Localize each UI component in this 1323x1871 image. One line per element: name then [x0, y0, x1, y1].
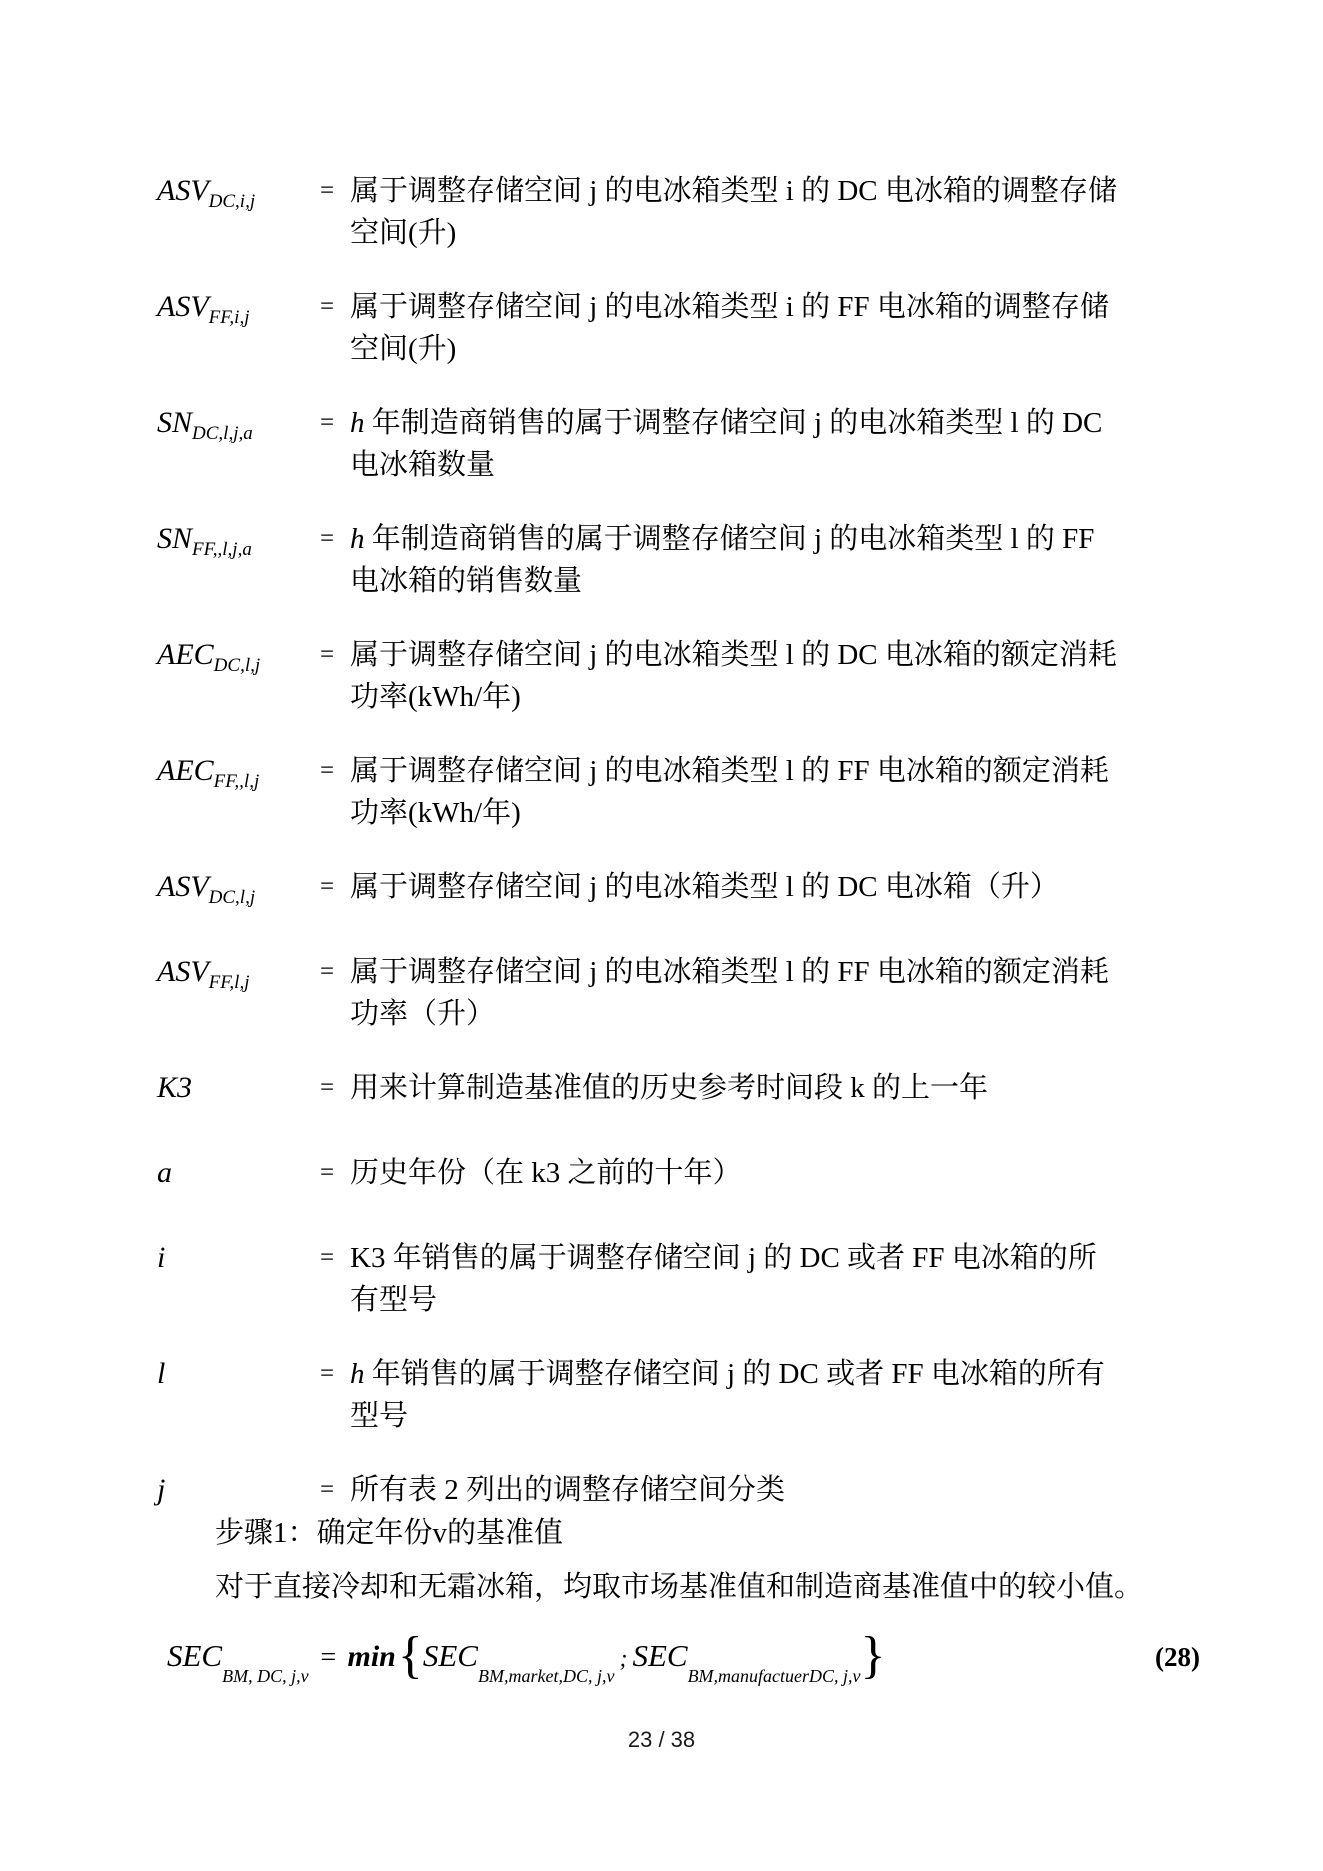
definition-row: ASVFF,i,j = 属于调整存储空间 j 的电冰箱类型 i 的 FF 电冰箱…	[157, 286, 1168, 370]
term-description: 属于调整存储空间 j 的电冰箱类型 i 的 DC 电冰箱的调整存储空间(升)	[350, 170, 1168, 254]
term-symbol-main: SN	[157, 522, 192, 555]
term-symbol-subscript: DC,l,j,a	[192, 423, 253, 444]
definition-row: ASVDC,i,j = 属于调整存储空间 j 的电冰箱类型 i 的 DC 电冰箱…	[157, 170, 1168, 254]
equals-sign: =	[320, 1353, 350, 1437]
equals-sign: =	[320, 286, 350, 370]
term-symbol-subscript: FF,,l,j	[214, 771, 260, 792]
term-symbol: i	[157, 1237, 320, 1321]
term-symbol-main: ASV	[157, 870, 209, 903]
term-symbol-subscript: DC,l,j	[214, 655, 260, 676]
term-description: 属于调整存储空间 j 的电冰箱类型 l 的 DC 电冰箱（升）	[350, 866, 1168, 919]
term-symbol: SNFF,,l,j,a	[157, 518, 320, 602]
term-symbol: ASVDC,i,j	[157, 170, 320, 254]
definition-row: l = h 年销售的属于调整存储空间 j 的 DC 或者 FF 电冰箱的所有型号	[157, 1353, 1168, 1437]
definition-row: K3 = 用来计算制造基准值的历史参考时间段 k 的上一年	[157, 1067, 1168, 1120]
term-symbol: ASVFF,i,j	[157, 286, 320, 370]
term-symbol-main: AEC	[157, 754, 214, 787]
term-description: 用来计算制造基准值的历史参考时间段 k 的上一年	[350, 1067, 1168, 1120]
term-symbol-subscript: FF,,l,j,a	[192, 539, 252, 560]
term-description: K3 年销售的属于调整存储空间 j 的 DC 或者 FF 电冰箱的所有型号	[350, 1237, 1168, 1321]
term-symbol-main: i	[157, 1241, 165, 1274]
definition-row: SNDC,l,j,a = h 年制造商销售的属于调整存储空间 j 的电冰箱类型 …	[157, 402, 1168, 486]
equation-row: SECBM, DC, j,v = min { SECBM,market,DC, …	[167, 1638, 1227, 1698]
definition-row: a = 历史年份（在 k3 之前的十年）	[157, 1152, 1168, 1205]
term-symbol-main: SN	[157, 406, 192, 439]
term-symbol-main: ASV	[157, 290, 209, 323]
equation-lhs-subscript: BM, DC, j,v	[222, 1666, 308, 1686]
document-page: ASVDC,i,j = 属于调整存储空间 j 的电冰箱类型 i 的 DC 电冰箱…	[0, 0, 1323, 1871]
term-symbol-main: a	[157, 1156, 172, 1189]
equation-28: SECBM, DC, j,v = min { SECBM,market,DC, …	[167, 1638, 886, 1679]
step-heading: 步骤1：确定年份v的基准值	[215, 1512, 563, 1554]
term-symbol-main: j	[157, 1473, 165, 1506]
term-symbol-subscript: DC,i,j	[209, 191, 255, 212]
term-description: h 年销售的属于调整存储空间 j 的 DC 或者 FF 电冰箱的所有型号	[350, 1353, 1168, 1437]
term-description: 属于调整存储空间 j 的电冰箱类型 l 的 FF 电冰箱的额定消耗功率（升）	[350, 951, 1168, 1035]
equation-lhs-main: SEC	[167, 1638, 222, 1673]
equals-sign: =	[320, 518, 350, 602]
equation-arg2-main: SEC	[632, 1638, 687, 1673]
equation-min-function: min	[348, 1640, 396, 1674]
equals-sign: =	[320, 634, 350, 718]
definition-row: SNFF,,l,j,a = h 年制造商销售的属于调整存储空间 j 的电冰箱类型…	[157, 518, 1168, 602]
term-symbol: K3	[157, 1067, 320, 1120]
body-paragraph: 对于直接冷却和无霜冰箱，均取市场基准值和制造商基准值中的较小值。	[215, 1566, 1143, 1608]
term-symbol: SNDC,l,j,a	[157, 402, 320, 486]
equals-sign: =	[320, 1237, 350, 1321]
term-description: 属于调整存储空间 j 的电冰箱类型 i 的 FF 电冰箱的调整存储空间(升)	[350, 286, 1168, 370]
term-symbol: ASVFF,l,j	[157, 951, 320, 1035]
term-symbol-main: AEC	[157, 638, 214, 671]
equation-arg1: SECBM,market,DC, j,v	[423, 1638, 615, 1679]
equals-sign: =	[320, 951, 350, 1035]
equals-sign: =	[320, 170, 350, 254]
term-symbol-subscript: FF,i,j	[209, 307, 250, 328]
definition-list: ASVDC,i,j = 属于调整存储空间 j 的电冰箱类型 i 的 DC 电冰箱…	[157, 170, 1168, 1554]
equation-arg2: SECBM,manufactuerDC, j,v	[632, 1638, 860, 1679]
definition-row: ASVDC,l,j = 属于调整存储空间 j 的电冰箱类型 l 的 DC 电冰箱…	[157, 866, 1168, 919]
term-description: 属于调整存储空间 j 的电冰箱类型 l 的 DC 电冰箱的额定消耗功率(kWh/…	[350, 634, 1168, 718]
term-symbol-subscript: DC,l,j	[209, 887, 255, 908]
term-description: h 年制造商销售的属于调整存储空间 j 的电冰箱类型 l 的 FF电冰箱的销售数…	[350, 518, 1168, 602]
term-symbol-main: ASV	[157, 174, 209, 207]
term-symbol-main: ASV	[157, 955, 209, 988]
equals-sign: =	[320, 750, 350, 834]
definition-row: i = K3 年销售的属于调整存储空间 j 的 DC 或者 FF 电冰箱的所有型…	[157, 1237, 1168, 1321]
equals-sign: =	[320, 402, 350, 486]
term-symbol: l	[157, 1353, 320, 1437]
equation-arg2-subscript: BM,manufactuerDC, j,v	[688, 1666, 861, 1686]
equation-lhs: SECBM, DC, j,v	[167, 1638, 309, 1679]
term-symbol: AECFF,,l,j	[157, 750, 320, 834]
page-number: 23 / 38	[0, 1727, 1323, 1753]
term-symbol-main: K3	[157, 1071, 192, 1104]
term-symbol: a	[157, 1152, 320, 1205]
term-symbol: AECDC,l,j	[157, 634, 320, 718]
term-description: 属于调整存储空间 j 的电冰箱类型 l 的 FF 电冰箱的额定消耗功率(kWh/…	[350, 750, 1168, 834]
term-symbol-subscript: FF,l,j	[209, 972, 250, 993]
equation-separator: ;	[619, 1646, 627, 1673]
equation-number: (28)	[1155, 1642, 1200, 1673]
term-symbol: ASVDC,l,j	[157, 866, 320, 919]
definition-row: AECFF,,l,j = 属于调整存储空间 j 的电冰箱类型 l 的 FF 电冰…	[157, 750, 1168, 834]
term-description: 历史年份（在 k3 之前的十年）	[350, 1152, 1168, 1205]
equation-equals: =	[319, 1642, 338, 1674]
equals-sign: =	[320, 1067, 350, 1120]
definition-row: AECDC,l,j = 属于调整存储空间 j 的电冰箱类型 l 的 DC 电冰箱…	[157, 634, 1168, 718]
equation-arg1-main: SEC	[423, 1638, 478, 1673]
equation-arg1-subscript: BM,market,DC, j,v	[478, 1666, 614, 1686]
equals-sign: =	[320, 1152, 350, 1205]
term-symbol-main: l	[157, 1357, 165, 1390]
definition-row: ASVFF,l,j = 属于调整存储空间 j 的电冰箱类型 l 的 FF 电冰箱…	[157, 951, 1168, 1035]
term-description: h 年制造商销售的属于调整存储空间 j 的电冰箱类型 l 的 DC电冰箱数量	[350, 402, 1168, 486]
equals-sign: =	[320, 866, 350, 919]
